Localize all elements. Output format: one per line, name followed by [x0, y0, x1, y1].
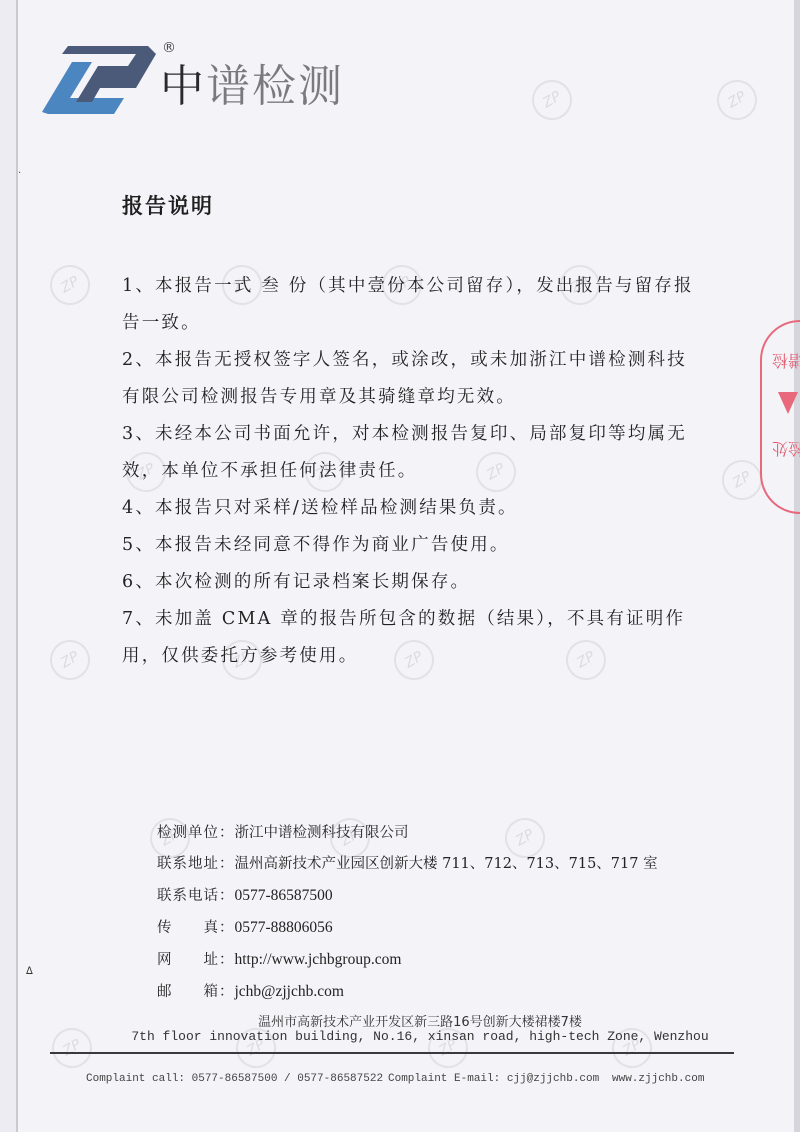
- seal-star-icon: [778, 392, 798, 414]
- contact-value: 温州高新技术产业园区创新大楼 711、712、713、715、717 室: [235, 856, 658, 872]
- website-link[interactable]: http://www.jchbgroup.com: [235, 951, 402, 968]
- contact-row-fax: 传 真：0577-88806056: [157, 912, 717, 944]
- contact-label: 联系电话：: [157, 881, 235, 912]
- page-right-edge: [794, 0, 800, 1132]
- contact-info: 检测单位：浙江中谱检测科技有限公司 联系地址：温州高新技术产业园区创新大楼 71…: [157, 818, 717, 1008]
- contact-label: 邮 箱：: [157, 977, 235, 1008]
- contact-label: 网 址：: [157, 945, 235, 976]
- footer-divider: [50, 1052, 734, 1054]
- note-item: 7、未加盖 CMA 章的报告所包含的数据（结果），不具有证明作用，仅供委托方参考…: [122, 601, 702, 675]
- company-logo: ® 中谱检测: [40, 40, 360, 120]
- zp-logo-icon: [40, 40, 160, 120]
- contact-label: 传 真：: [157, 913, 235, 944]
- brand-name-rest: 谱检测: [206, 61, 344, 112]
- contact-value: 0577-86587500: [235, 887, 333, 904]
- note-item: 3、未经本公司书面允许，对本检测报告复印、局部复印等均属无效，本单位不承担任何法…: [122, 416, 702, 490]
- note-item: 5、本报告未经同意不得作为商业广告使用。: [122, 527, 702, 564]
- watermark-icon: ZP: [710, 73, 765, 128]
- note-item: 2、本报告无授权签字人签名，或涂改，或未加浙江中谱检测科技有限公司检测报告专用章…: [122, 342, 702, 416]
- complaint-call: Complaint call: 0577-86587500 / 0577-865…: [86, 1073, 383, 1085]
- note-item: 4、本报告只对采样/送检样品检测结果负责。: [122, 490, 702, 527]
- note-item: 6、本次检测的所有记录档案长期保存。: [122, 564, 702, 601]
- contact-row-unit: 检测单位：浙江中谱检测科技有限公司: [157, 818, 717, 849]
- watermark-icon: ZP: [43, 633, 98, 688]
- contact-value: 浙江中谱检测科技有限公司: [235, 825, 409, 841]
- contact-value: 0577-88806056: [235, 919, 333, 936]
- binder-mark: ᐃ: [26, 966, 33, 977]
- page-title: 报告说明: [122, 190, 214, 220]
- brand-name-first: 中: [160, 61, 206, 112]
- contact-label: 检测单位：: [157, 818, 235, 849]
- report-notes-list: 1、本报告一式 叁 份（其中壹份本公司留存），发出报告与留存报告一致。 2、本报…: [122, 268, 702, 675]
- page-binding-edge: [0, 0, 16, 1132]
- contact-label: 联系地址：: [157, 849, 235, 880]
- binder-mark: ·: [18, 168, 21, 179]
- contact-row-website: 网 址：http://www.jchbgroup.com: [157, 944, 717, 976]
- brand-name: 中谱检测: [160, 50, 344, 114]
- watermark-icon: ZP: [43, 258, 98, 313]
- watermark-icon: ZP: [525, 73, 580, 128]
- official-seal: 谱检 检处: [760, 320, 800, 514]
- complaint-email[interactable]: Complaint E-mail: cjj@zjjchb.com: [388, 1073, 599, 1085]
- contact-row-email: 邮 箱：jchb@zjjchb.com: [157, 976, 717, 1008]
- footer-website[interactable]: www.zjjchb.com: [612, 1073, 704, 1085]
- footer-address-cn: 温州市高新技术产业开发区新三路16号创新大楼裙楼7楼: [0, 1011, 800, 1030]
- footer-address-en: 7th floor innovation building, No.16, xi…: [0, 1029, 800, 1044]
- email-link[interactable]: jchb@zjjchb.com: [235, 983, 344, 1000]
- seal-text-top: 谱检: [772, 350, 800, 373]
- note-item: 1、本报告一式 叁 份（其中壹份本公司留存），发出报告与留存报告一致。: [122, 268, 702, 342]
- contact-row-phone: 联系电话：0577-86587500: [157, 880, 717, 912]
- contact-row-address: 联系地址：温州高新技术产业园区创新大楼 711、712、713、715、717 …: [157, 849, 717, 880]
- seal-text-bottom: 检处: [772, 438, 800, 461]
